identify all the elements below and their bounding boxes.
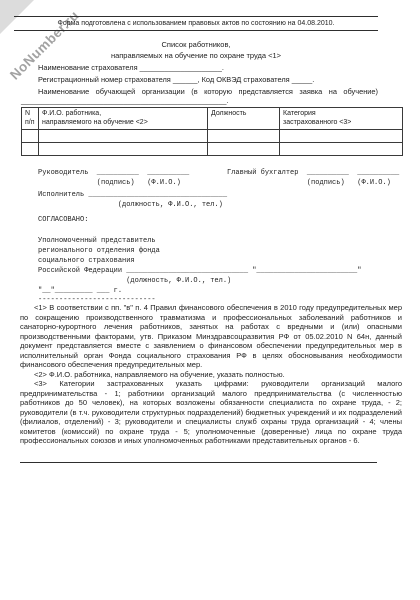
table-cell-empty bbox=[39, 130, 208, 143]
table-empty-row bbox=[22, 130, 403, 143]
signature-block-head-and-accountant: Руководитель __________ __________ Главн… bbox=[38, 168, 399, 188]
footnote-1: <1> В соответствии с пп. "в" п. 4 Правил… bbox=[20, 303, 402, 370]
col-header-fio: Ф.И.О. работника, направляемого на обуче… bbox=[39, 108, 208, 130]
col-header-position: Должность bbox=[208, 108, 280, 130]
col-header-category: Категория застрахованного <3> bbox=[280, 108, 403, 130]
signature-block-fund-representative: Уполномоченный представитель регионально… bbox=[38, 236, 361, 296]
insurer-name-field: Наименование страхователя ______________… bbox=[38, 62, 378, 74]
col-header-number: N п/п bbox=[22, 108, 39, 130]
table-cell-empty bbox=[39, 143, 208, 156]
table-cell-empty bbox=[208, 130, 280, 143]
table-cell-empty bbox=[22, 130, 39, 143]
document-title-line2: направляемых на обучение по охране труда… bbox=[14, 50, 378, 61]
table-cell-empty bbox=[22, 143, 39, 156]
footnotes: <1> В соответствии с пп. "в" п. 4 Правил… bbox=[20, 303, 402, 446]
document-page: NoNumber.ru Форма подготовлена с использ… bbox=[0, 0, 420, 600]
footnote-2: <2> Ф.И.О. работника, направляемого на о… bbox=[20, 370, 402, 380]
table-cell-empty bbox=[280, 130, 403, 143]
table-header-row: N п/п Ф.И.О. работника, направляемого на… bbox=[22, 108, 403, 130]
form-fields: Наименование страхователя ______________… bbox=[38, 62, 378, 98]
page-bottom-rule bbox=[20, 462, 377, 463]
document-title: Список работников, направляемых на обуче… bbox=[14, 39, 378, 61]
document-title-line1: Список работников, bbox=[14, 39, 378, 50]
table-empty-row bbox=[22, 143, 403, 156]
workers-table: N п/п Ф.И.О. работника, направляемого на… bbox=[21, 107, 403, 156]
form-source-note: Форма подготовлена с использованием прав… bbox=[14, 16, 378, 31]
table-cell-empty bbox=[280, 143, 403, 156]
table-cell-empty bbox=[208, 143, 280, 156]
footnote-3: <3> Категории застрахованных указать циф… bbox=[20, 379, 402, 446]
form-source-note-text: Форма подготовлена с использованием прав… bbox=[58, 20, 335, 27]
registration-number-field: Регистрационный номер страхователя _____… bbox=[38, 74, 378, 86]
signature-block-executor: Исполнитель ____________________________… bbox=[38, 190, 227, 210]
training-organization-blank-line: ________________________________________… bbox=[21, 96, 229, 105]
agreed-label: СОГЛАСОВАНО: bbox=[38, 215, 88, 225]
